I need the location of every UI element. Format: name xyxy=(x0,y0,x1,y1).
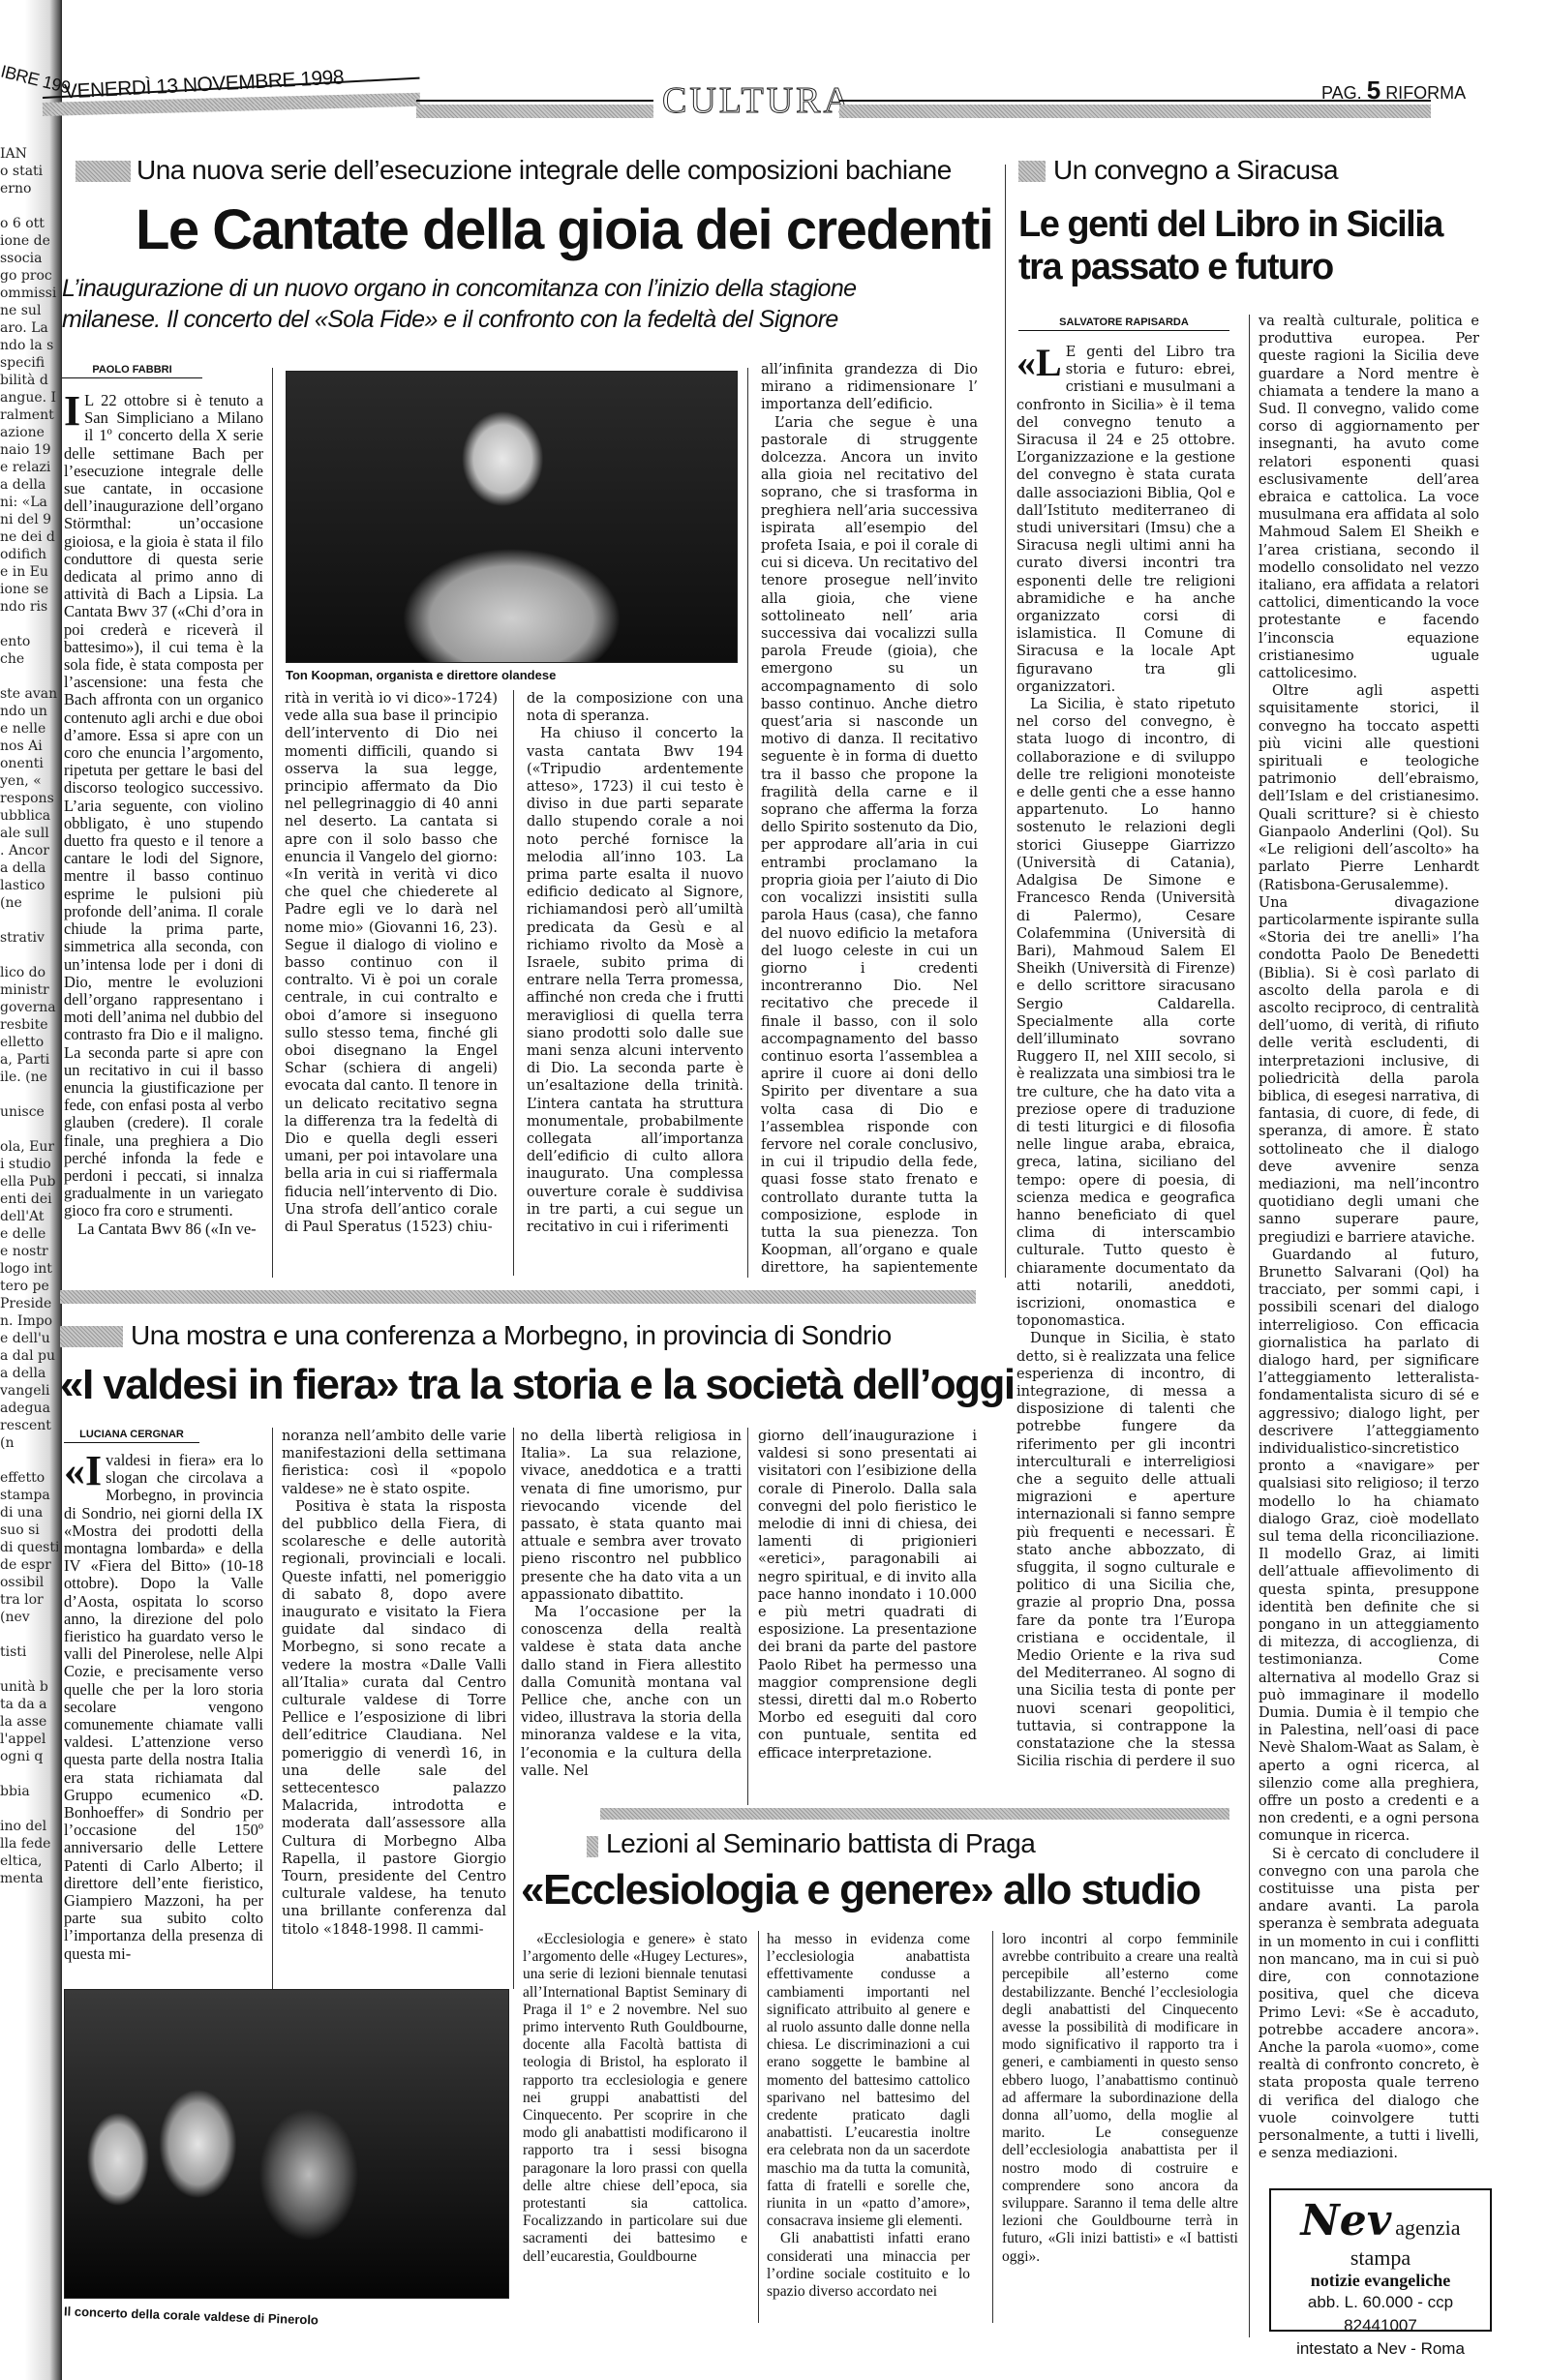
paragraph: Gli anabattisti infatti erano considerat… xyxy=(767,2230,970,2301)
column-rule xyxy=(513,1428,514,1989)
bach-kicker: Una nuova serie dell’esecuzione integral… xyxy=(136,155,952,186)
drop-cap: «I xyxy=(64,1454,102,1489)
paragraph: valdesi in fiera» era lo slogan che circ… xyxy=(64,1452,263,1963)
drop-cap: «L xyxy=(1016,346,1062,380)
bach-column-4: all’infinita grandezza di Dio mirano a r… xyxy=(761,361,978,1276)
paragraph: La Sicilia, è stato ripetuto nel corso d… xyxy=(1016,696,1235,1330)
siracusa-byline: SALVATORE RAPISARDA xyxy=(1018,316,1229,331)
header-rule-mid xyxy=(416,100,653,102)
praga-headline: «Ecclesiologia e genere» allo studio xyxy=(521,1866,1200,1914)
column-rule xyxy=(992,1931,993,2323)
paragraph: Si è cercato di concludere il convegno c… xyxy=(1259,1846,1479,2163)
publication-name: RIFORMA xyxy=(1385,83,1466,103)
praga-column-3: loro incontri al corpo femminile avrebbe… xyxy=(1002,1931,1238,2323)
page-prefix: PAG. xyxy=(1321,83,1362,103)
siracusa-kicker: Un convegno a Siracusa xyxy=(1053,155,1338,186)
bach-deck: L’inaugurazione di un nuovo organo in co… xyxy=(62,273,953,335)
siracusa-headline: Le genti del Libro in Sicilia tra passat… xyxy=(1018,203,1442,288)
paragraph: «Ecclesiologia e genere» è stato l’argom… xyxy=(523,1931,747,2266)
paragraph: L 22 ottobre si è tenuto a San Simplicia… xyxy=(64,392,263,1220)
paragraph: va realtà culturale, politica e produtti… xyxy=(1259,313,1479,682)
section-band xyxy=(600,1808,1229,1820)
bach-column-1: IL 22 ottobre si è tenuto a San Simplici… xyxy=(64,392,263,1273)
section-title: CULTURA xyxy=(662,79,853,122)
column-rule xyxy=(747,368,748,1278)
column-rule xyxy=(513,690,514,1276)
kicker-marker xyxy=(76,161,131,182)
nev-logo: Nev xyxy=(1301,2196,1392,2245)
column-rule xyxy=(747,1428,748,1805)
bach-headline: Le Cantate della gioia dei credenti xyxy=(136,197,992,262)
valdesi-byline: LUCIANA CERGNAR xyxy=(64,1429,199,1443)
kicker-marker xyxy=(587,1836,598,1857)
valdesi-kicker: Una mostra e una conferenza a Morbegno, … xyxy=(131,1320,892,1351)
valdesi-column-1: «Ivaldesi in fiera» era lo slogan che ci… xyxy=(64,1452,263,1989)
drop-cap: I xyxy=(64,394,80,429)
valdesi-headline: «I valdesi in fiera» tra la storia e la … xyxy=(60,1361,1015,1409)
nev-subtitle: notizie evangeliche xyxy=(1271,2271,1490,2291)
paragraph: L’aria che segue è una pastorale di stru… xyxy=(761,414,978,1276)
praga-column-1: «Ecclesiologia e genere» è stato l’argom… xyxy=(523,1931,747,2323)
valdesi-column-4: giorno dell’inaugurazione i valdesi si s… xyxy=(758,1428,977,1815)
paragraph: Dunque in Sicilia, è stato detto, si è r… xyxy=(1016,1330,1235,1771)
paragraph: La Cantata Bwv 86 («In ve- xyxy=(64,1220,263,1238)
paragraph: Ha chiuso il concerto la vasta cantata B… xyxy=(527,725,743,1236)
header-band-mid xyxy=(416,105,653,118)
praga-kicker: Lezioni al Seminario battista di Praga xyxy=(606,1828,1035,1859)
bach-column-2: rità in verità io vi dico»-1724) vede al… xyxy=(285,690,498,1276)
page-number: 5 xyxy=(1367,75,1380,105)
header-band-right xyxy=(839,105,1431,118)
column-rule xyxy=(272,1428,273,1989)
paragraph: rità in verità io vi dico»-1724) vede al… xyxy=(285,690,498,1236)
kicker-marker xyxy=(60,1326,123,1347)
paragraph: Oltre agli aspetti squisitamente storici… xyxy=(1259,682,1479,1247)
photo-ton-koopman xyxy=(286,371,738,663)
photo-corale-valdese xyxy=(64,1989,509,2299)
bach-photo-caption: Ton Koopman, organista e direttore oland… xyxy=(286,668,556,682)
paragraph: ha messo in evidenza come l’ecclesiologi… xyxy=(767,1931,970,2230)
column-rule xyxy=(272,368,273,1278)
nev-account-holder: intestato a Nev - Roma xyxy=(1271,2337,1490,2361)
column-rule xyxy=(758,1931,759,2323)
headline-line: tra passato e futuro xyxy=(1018,246,1442,288)
praga-column-2: ha messo in evidenza come l’ecclesiologi… xyxy=(767,1931,970,2323)
siracusa-column-1: «LE genti del Libro tra storia e futuro:… xyxy=(1016,344,1235,1771)
bach-column-3: de la composizione con una nota di spera… xyxy=(527,690,743,1276)
valdesi-column-2: noranza nell’ambito delle varie manifest… xyxy=(282,1428,506,1989)
nev-subscription: abb. L. 60.000 - ccp 82441007 xyxy=(1271,2291,1490,2337)
column-rule xyxy=(1249,315,1250,2337)
paragraph: Guardando al futuro, Brunetto Salvarani … xyxy=(1259,1247,1479,1846)
siracusa-column-2: va realtà culturale, politica e produtti… xyxy=(1259,313,1479,2181)
paragraph: E genti del Libro tra storia e futuro: e… xyxy=(1016,345,1235,695)
nev-advertisement: Nev agenzia stampa notizie evangeliche a… xyxy=(1269,2188,1492,2332)
article-divider xyxy=(1005,165,1006,1278)
kicker-marker xyxy=(1018,161,1046,182)
headline-line: Le genti del Libro in Sicilia xyxy=(1018,203,1442,246)
paragraph: loro incontri al corpo femminile avrebbe… xyxy=(1002,1931,1238,2266)
paragraph: Positiva è stata la risposta del pubblic… xyxy=(282,1498,506,1939)
valdesi-column-3: no della libertà religiosa in Italia». L… xyxy=(521,1428,742,1815)
paragraph: noranza nell’ambito delle varie manifest… xyxy=(282,1428,506,1498)
valdesi-photo-caption: Il concerto della corale valdese di Pine… xyxy=(64,2304,318,2327)
paragraph: Ma l’occasione per la conoscenza della r… xyxy=(521,1604,742,1780)
bach-byline: PAOLO FABBRI xyxy=(62,364,202,378)
paragraph: de la composizione con una nota di spera… xyxy=(527,690,743,725)
paragraph: giorno dell’inaugurazione i valdesi si s… xyxy=(758,1428,977,1762)
previous-page-text-fragment: IAN o stati erno o 6 ott ione de ssocia … xyxy=(0,145,58,2371)
page-number-label: PAG. 5 RIFORMA xyxy=(1321,75,1466,105)
paragraph: no della libertà religiosa in Italia». L… xyxy=(521,1428,742,1604)
section-band xyxy=(60,1290,976,1304)
paragraph: all’infinita grandezza di Dio mirano a r… xyxy=(761,361,978,414)
